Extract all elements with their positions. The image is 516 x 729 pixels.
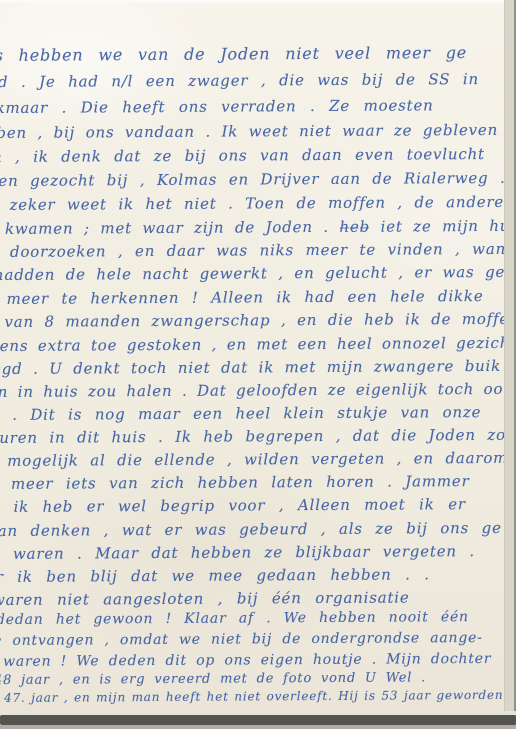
handwriting-line: ar ik ben blij dat we mee gedaan hebben … xyxy=(0,565,430,586)
handwriting-line: waren niet aangesloten , bij één organis… xyxy=(0,588,410,609)
handwriting-line: k van 8 maanden zwangerschap , en die he… xyxy=(0,310,516,331)
handwriting-line: n 47. jaar , en mijn man heeft het niet … xyxy=(0,688,503,705)
handwriting-line: l mogelijk al die ellende , wilden verge… xyxy=(0,449,508,470)
handwriting-line: r meer te herkennen ! Alleen ik had een … xyxy=(0,287,484,308)
handwriting-line: aan denken , wat er was gebeurd , als ze… xyxy=(0,519,502,540)
handwriting-line: aas hebben we van de Joden niet veel mee… xyxy=(0,43,467,65)
handwriting-line: nturen in dit huis . Ik heb begrepen , d… xyxy=(0,426,506,447)
handwriting-line: r zeker weet ik het niet . Toen de moffe… xyxy=(0,193,504,214)
handwriting-line: 48 jaar , en is erg vereerd met de foto … xyxy=(0,670,426,688)
handwriting-line: d . Je had n/l een zwager , die was bij … xyxy=(0,70,479,91)
handwriting-line: hadden de hele nacht gewerkt , en geluch… xyxy=(0,263,516,284)
handwriting-line: r ik heb er wel begrip voor , Alleen moe… xyxy=(0,495,466,516)
handwriting-line: lkmaar . Die heeft ons verraden . Ze moe… xyxy=(0,96,434,117)
scan-edge-right xyxy=(505,0,514,729)
handwriting-line: l . Dit is nog maar een heel klein stukj… xyxy=(0,403,481,424)
handwriting-line: dedan het gewoon ! Klaar af . We hebben … xyxy=(0,609,469,628)
scanned-letter-page: aas hebben we van de Joden niet veel mee… xyxy=(0,0,516,729)
handwriting-line: n waren ! We deden dit op ons eigen hout… xyxy=(0,651,491,670)
handwriting-line: je ontvangen , omdat we niet bij de onde… xyxy=(0,630,483,649)
handwriting-line: eens extra toe gestoken , en met een hee… xyxy=(0,334,516,355)
handwriting-line: d waren . Maar dat hebben ze blijkbaar v… xyxy=(0,542,475,563)
handwriting-line: bben , bij ons vandaan . Ik weet niet wa… xyxy=(0,121,498,142)
scan-edge-bottom xyxy=(0,725,516,729)
handwriting-line: n doorzoeken , en daar was niks meer te … xyxy=(0,240,513,261)
handwriting-line: egd . U denkt toch niet dat ik met mijn … xyxy=(0,357,501,378)
handwriting-line: en in huis zou halen . Dat geloofden ze … xyxy=(0,380,513,401)
scan-border-bottom xyxy=(0,715,516,725)
handwriting-line: n , ik denk dat ze bij ons van daan even… xyxy=(0,145,485,166)
handwriting-line: it meer iets van zich hebben laten horen… xyxy=(0,472,470,493)
scan-edge-top xyxy=(0,0,516,3)
handwriting-line: ben gezocht bij , Kolmas en Drijver aan … xyxy=(0,169,506,190)
handwriting-line: g kwamen ; met waar zijn de Joden . h̶e̶… xyxy=(0,217,516,238)
